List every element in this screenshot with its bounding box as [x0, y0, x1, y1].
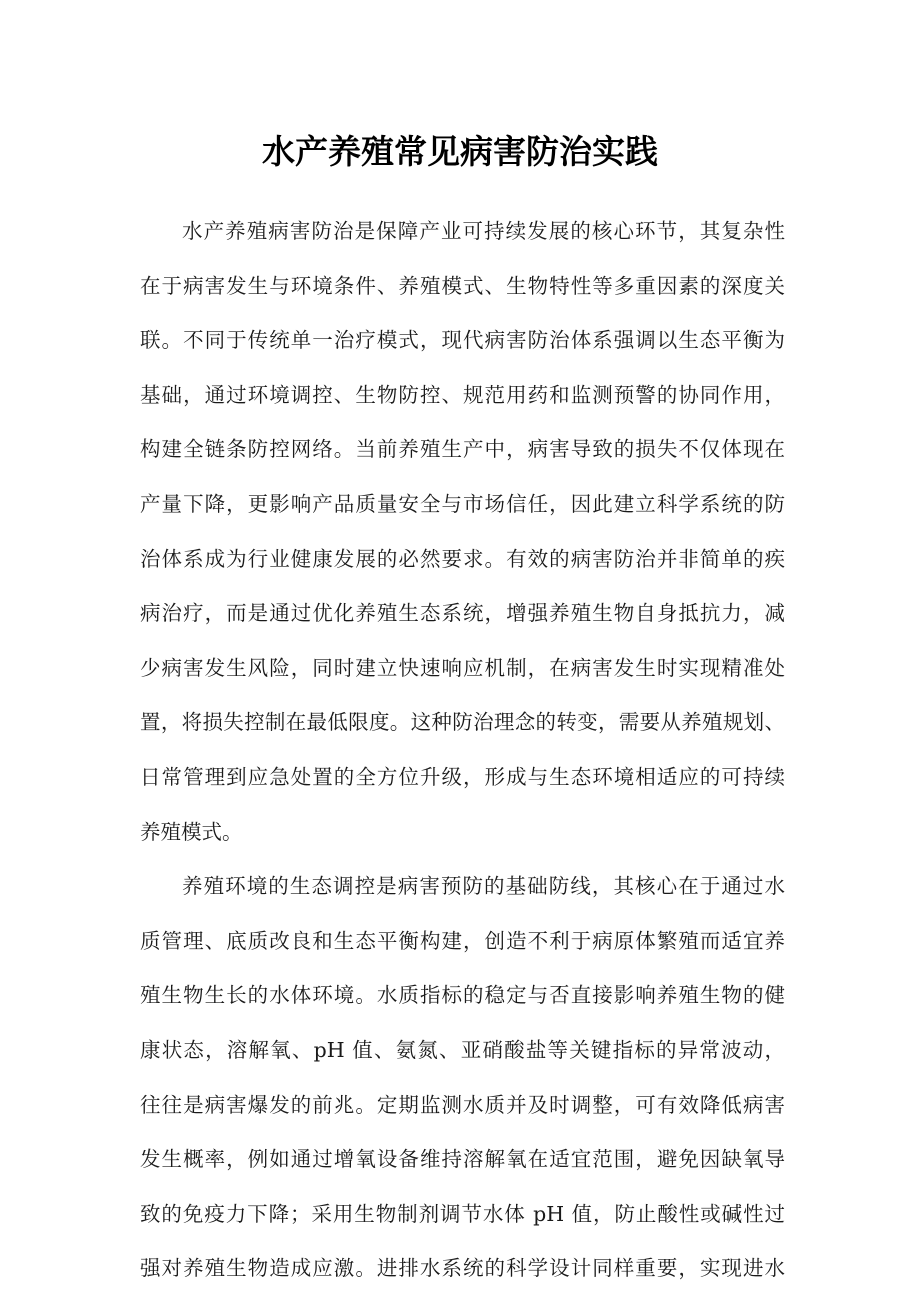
paragraph-1-line: 基础，通过环境调控、生物防控、规范用药和监测预警的协同作用，: [140, 372, 785, 427]
paragraph-2-line: 康状态，溶解氧、pH 值、氨氮、亚硝酸盐等关键指标的异常波动，: [140, 1027, 785, 1082]
paragraph-2-line: 强对养殖生物造成应激。进排水系统的科学设计同样重要，实现进水: [140, 1245, 785, 1300]
paragraph-1-line: 病治疗，而是通过优化养殖生态系统，增强养殖生物自身抵抗力，减: [140, 590, 785, 645]
paragraph-1-line: 治体系成为行业健康发展的必然要求。有效的病害防治并非简单的疾: [140, 536, 785, 591]
paragraph-1-line: 少病害发生风险，同时建立快速响应机制，在病害发生时实现精准处: [140, 645, 785, 700]
paragraph-2-line: 质管理、底质改良和生态平衡构建，创造不利于病原体繁殖而适宜养: [140, 918, 785, 973]
document-page: 水产养殖常见病害防治实践 水产养殖病害防治是保障产业可持续发展的核心环节，其复杂…: [0, 0, 920, 1302]
paragraph-2-line: 发生概率，例如通过增氧设备维持溶解氧在适宜范围，避免因缺氧导: [140, 1136, 785, 1191]
paragraph-1-line: 产量下降，更影响产品质量安全与市场信任，因此建立科学系统的防: [140, 481, 785, 536]
paragraph-1-line: 水产养殖病害防治是保障产业可持续发展的核心环节，其复杂性: [140, 208, 785, 263]
paragraph-1-line: 日常管理到应急处置的全方位升级，形成与生态环境相适应的可持续: [140, 754, 785, 809]
paragraph-2-line: 殖生物生长的水体环境。水质指标的稳定与否直接影响养殖生物的健: [140, 972, 785, 1027]
document-body: 水产养殖病害防治是保障产业可持续发展的核心环节，其复杂性 在于病害发生与环境条件…: [140, 208, 785, 1300]
paragraph-1-line: 置，将损失控制在最低限度。这种防治理念的转变，需要从养殖规划、: [140, 699, 785, 754]
paragraph-1-line: 构建全链条防控网络。当前养殖生产中，病害导致的损失不仅体现在: [140, 426, 785, 481]
paragraph-1-line: 在于病害发生与环境条件、养殖模式、生物特性等多重因素的深度关: [140, 263, 785, 318]
document-title: 水产养殖常见病害防治实践: [0, 128, 920, 176]
paragraph-2-line: 致的免疫力下降；采用生物制剂调节水体 pH 值，防止酸性或碱性过: [140, 1191, 785, 1246]
paragraph-1-line: 联。不同于传统单一治疗模式，现代病害防治体系强调以生态平衡为: [140, 317, 785, 372]
paragraph-2-line: 往往是病害爆发的前兆。定期监测水质并及时调整，可有效降低病害: [140, 1082, 785, 1137]
paragraph-2-line: 养殖环境的生态调控是病害预防的基础防线，其核心在于通过水: [140, 863, 785, 918]
paragraph-1-line: 养殖模式。: [140, 809, 785, 864]
